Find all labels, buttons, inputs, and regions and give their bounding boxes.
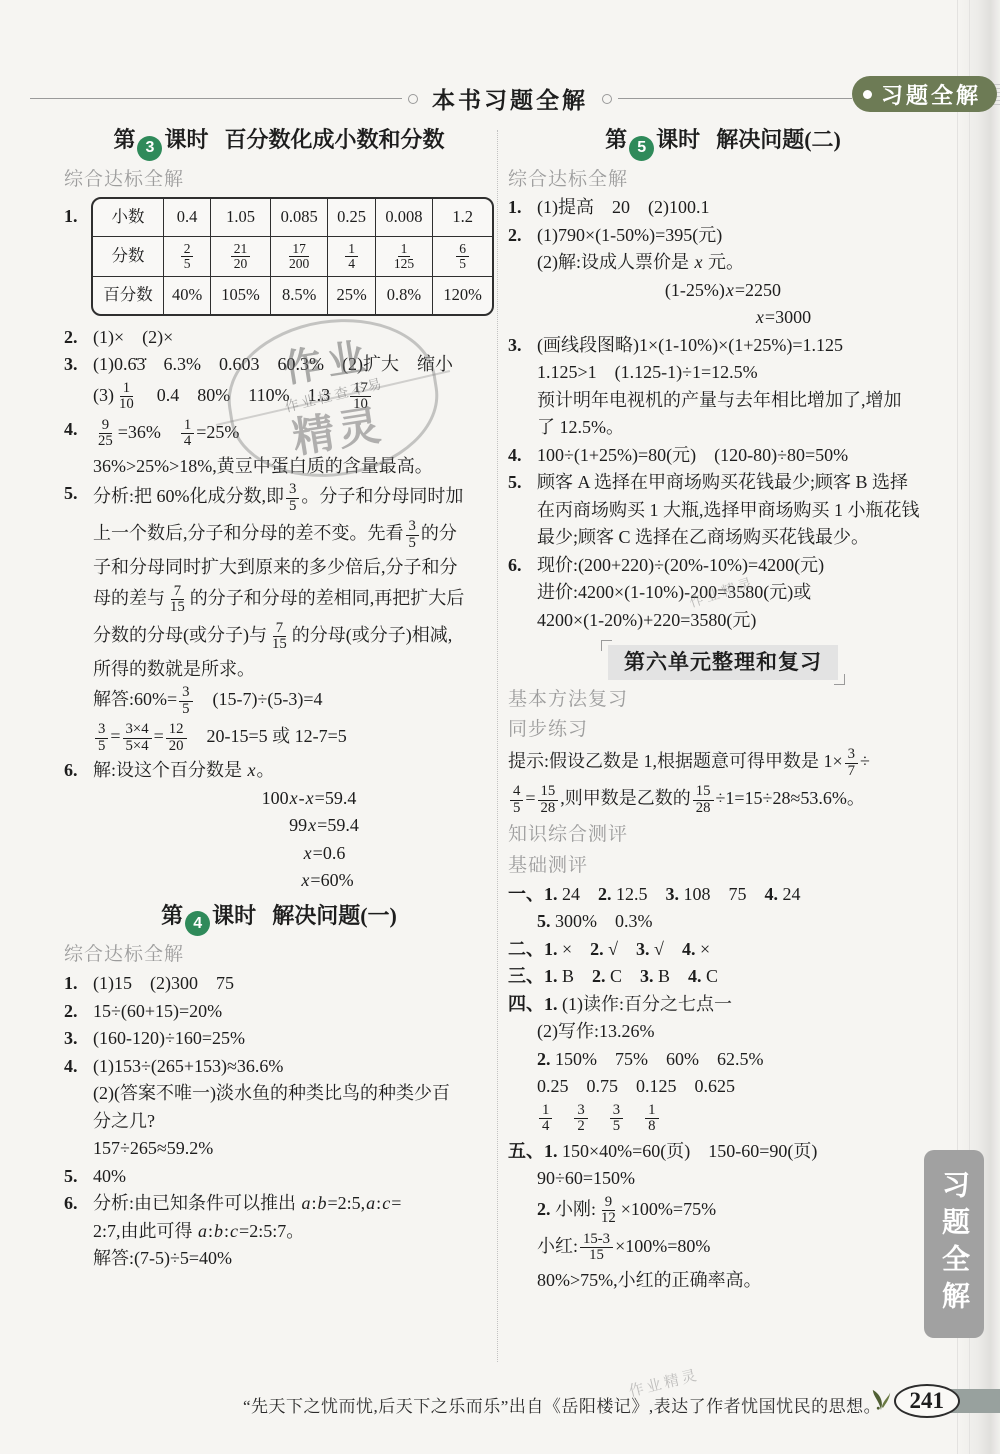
table-cell: 1125 bbox=[375, 236, 433, 276]
text-run: (2)写作:13.26% bbox=[537, 1021, 654, 1041]
solution-line: 3.(1)0.6̇3̇ 6.3% 0.603 60.3% (2)扩大 缩小 bbox=[64, 353, 494, 376]
text-run: ×100%=80% bbox=[615, 1236, 710, 1256]
solution-line: 2.(1)× (2)× bbox=[64, 326, 494, 349]
text-run: 99 bbox=[289, 815, 307, 835]
solution-line: 所得的数就是所求。 bbox=[64, 658, 494, 681]
solution-line: 一、1. 24 2. 12.5 3. 108 75 4. 24 bbox=[508, 883, 938, 906]
text-run: 的分母(或分子)相减, bbox=[292, 625, 453, 645]
solution-line: 6.分析:由已知条件可以推出 a:b=2:5,a:c= bbox=[64, 1192, 494, 1215]
solution-line: 0.25 0.75 0.125 0.625 bbox=[508, 1075, 938, 1098]
text-run: 分数的分母(或分子)与 bbox=[93, 625, 267, 645]
corner-badge: 习题全解 bbox=[852, 76, 997, 112]
fraction-denominator: 5 bbox=[610, 1119, 623, 1135]
text-run: (1)153÷(265+153)≈36.6% bbox=[93, 1056, 283, 1076]
header-line bbox=[30, 98, 402, 99]
text-run: (3) bbox=[93, 385, 114, 405]
text-run: (1)× (2)× bbox=[93, 327, 173, 347]
text-run: × bbox=[695, 939, 710, 959]
text-run: 4200×(1-20%)+220=3580(元) bbox=[537, 610, 756, 630]
table-cell: 0.25 bbox=[327, 199, 374, 236]
item-number: 1. bbox=[64, 205, 78, 228]
lesson-title-suffix: 课时 bbox=[656, 127, 700, 152]
fraction-numerator: 3 bbox=[179, 685, 192, 702]
text-run: (15-7)÷(5-3)=4 bbox=[195, 690, 323, 710]
fraction-denominator: 12 bbox=[598, 1211, 619, 1227]
fraction-denominator: 10 bbox=[116, 397, 137, 413]
text-run: √ bbox=[604, 939, 636, 959]
fraction: 1528 bbox=[538, 784, 559, 816]
subsection-label: 综合达标全解 bbox=[64, 168, 494, 192]
table-cell: 17200 bbox=[270, 236, 328, 276]
variable: a bbox=[301, 1193, 312, 1213]
row-header: 小数 bbox=[93, 199, 163, 236]
label-number: 4. bbox=[765, 884, 779, 904]
text-run: (1)790×(1-50%)=395(元) bbox=[537, 225, 722, 245]
table-cell: 14 bbox=[327, 236, 374, 276]
label-number: 3. bbox=[666, 884, 680, 904]
label-number: 5. bbox=[537, 911, 551, 931]
solution-line: 2. 小刚:912×100%=75% bbox=[508, 1195, 938, 1227]
solution-line: 3.(画线段图略)1×(1-10%)×(1+25%)=1.125 bbox=[508, 334, 938, 357]
label-number: 三、 bbox=[508, 966, 544, 986]
row-header: 分数 bbox=[93, 236, 163, 276]
fraction-numerator: 21 bbox=[231, 242, 251, 257]
text-run: 80%>75%,小红的正确率高。 bbox=[537, 1270, 762, 1290]
item-number: 3. bbox=[508, 334, 522, 357]
fraction-numerator: 4 bbox=[510, 784, 523, 801]
table-cell: 0.8% bbox=[375, 276, 433, 314]
fraction: 1125 bbox=[391, 242, 417, 271]
fraction-denominator: 28 bbox=[693, 801, 714, 817]
leaf-icon bbox=[870, 1386, 892, 1417]
solution-line: 5.40% bbox=[64, 1165, 494, 1188]
text-run: 解答:60%= bbox=[93, 690, 177, 710]
solution-line: (2)写作:13.26% bbox=[508, 1020, 938, 1043]
text-run: B bbox=[558, 966, 593, 986]
table-row: 分数2521201720014112565 bbox=[93, 236, 492, 276]
text-run: 150% 75% 60% 62.5% bbox=[551, 1049, 764, 1069]
item-number: 4. bbox=[64, 1055, 78, 1078]
solution-line: 提示:假设乙数是 1,根据题意可得甲数是 1×37÷ bbox=[508, 747, 938, 779]
fraction-denominator: 5×4 bbox=[123, 739, 152, 755]
text-run: =2250 bbox=[735, 280, 781, 300]
fraction-numerator: 15-3 bbox=[580, 1232, 613, 1249]
label-number: 2. bbox=[592, 966, 606, 986]
fraction: 925 bbox=[95, 418, 116, 450]
fraction: 35 bbox=[179, 685, 192, 717]
fraction-numerator: 3 bbox=[574, 1103, 587, 1120]
fraction-numerator: 17 bbox=[350, 381, 371, 398]
fraction-denominator: 10 bbox=[350, 397, 371, 413]
column-divider bbox=[497, 130, 498, 1362]
lesson-number-icon: 5 bbox=[629, 136, 654, 161]
fraction-numerator: 17 bbox=[289, 242, 309, 257]
solution-line: 4200×(1-20%)+220=3580(元) bbox=[508, 609, 938, 632]
subsection-label: 综合达标全解 bbox=[64, 943, 494, 967]
equation-line: 100x-x=59.4 bbox=[94, 787, 524, 810]
text-run: =0.6 bbox=[313, 843, 346, 863]
variable: x bbox=[300, 870, 310, 890]
text-run: = bbox=[391, 1193, 401, 1213]
table-cell: 0.008 bbox=[375, 199, 433, 236]
solution-line: 分之几? bbox=[64, 1110, 494, 1133]
text-run: =25% bbox=[196, 422, 239, 442]
text-run: 所得的数就是所求。 bbox=[93, 659, 255, 679]
text-run bbox=[625, 1107, 643, 1127]
text-run: 2:7,由此可得 bbox=[93, 1221, 197, 1241]
text-run: 子和分母同时扩大到原来的多少倍后,分子和分 bbox=[93, 557, 458, 577]
fraction: 912 bbox=[598, 1195, 619, 1227]
fraction: 14 bbox=[539, 1103, 552, 1135]
label-number: 二、 bbox=[508, 939, 544, 959]
variable: x bbox=[725, 280, 735, 300]
solution-line: 子和分母同时扩大到原来的多少倍后,分子和分 bbox=[64, 556, 494, 579]
solution-line: 2. 150% 75% 60% 62.5% bbox=[508, 1048, 938, 1071]
fraction-numerator: 9 bbox=[602, 1195, 615, 1212]
fraction-denominator: 2 bbox=[574, 1119, 587, 1135]
solution-line: 90÷60=150% bbox=[508, 1167, 938, 1190]
solution-line: 3.(160-120)÷160=25% bbox=[64, 1027, 494, 1050]
text-run: 40% bbox=[93, 1166, 126, 1186]
subsection-label: 基本方法复习 bbox=[508, 688, 938, 712]
solution-line: 在丙商场购买 1 大瓶,选择甲商场购买 1 小瓶花钱 bbox=[508, 499, 938, 522]
fraction-denominator: 5 bbox=[179, 702, 192, 718]
text-run: 24 bbox=[778, 884, 801, 904]
label-number: 1. bbox=[544, 994, 558, 1014]
right-column: 第5课时解决问题(二)综合达标全解1.(1)提高 20 (2)100.12.(1… bbox=[508, 116, 938, 1296]
fraction: 25 bbox=[181, 242, 194, 271]
text-run: = bbox=[525, 788, 535, 808]
item-number: 2. bbox=[508, 224, 522, 247]
unit-banner: 第六单元整理和复习 bbox=[508, 645, 938, 679]
variable: x bbox=[303, 843, 313, 863]
text-run: 157÷265≈59.2% bbox=[93, 1138, 213, 1158]
variable: c bbox=[229, 1221, 239, 1241]
text-run: 最少;顾客 C 选择在乙商场购买花钱最少。 bbox=[537, 527, 869, 547]
text-run: B bbox=[654, 966, 689, 986]
text-run: =2:5, bbox=[328, 1193, 366, 1213]
text-run: (画线段图略)1×(1-10%)×(1+25%)=1.125 bbox=[537, 335, 843, 355]
table-cell: 120% bbox=[432, 276, 492, 314]
lesson-number-icon: 3 bbox=[137, 136, 162, 161]
fraction-numerator: 3 bbox=[406, 519, 419, 536]
solution-line: 5.分析:把 60%化成分数,即35。分子和分母同时加 bbox=[64, 482, 494, 514]
text-run: × bbox=[558, 939, 591, 959]
answer-table-block: 1.小数0.41.050.0850.250.0081.2分数2521201720… bbox=[64, 197, 494, 316]
item-number: 1. bbox=[508, 196, 522, 219]
solution-line: 157÷265≈59.2% bbox=[64, 1137, 494, 1160]
text-run: : bbox=[312, 1193, 317, 1213]
fraction-numerator: 15 bbox=[538, 784, 559, 801]
variable: x bbox=[305, 788, 315, 808]
fraction-numerator: 1 bbox=[181, 418, 194, 435]
item-number: 6. bbox=[508, 554, 522, 577]
fraction: 35 bbox=[406, 519, 419, 551]
text-run: 。分子和分母同时加 bbox=[301, 487, 463, 507]
text-run: 了 12.5%。 bbox=[537, 417, 624, 437]
lesson-title: 第5课时解决问题(二) bbox=[508, 126, 938, 161]
item-number: 4. bbox=[508, 444, 522, 467]
variable: x bbox=[755, 307, 765, 327]
fraction-denominator: 15 bbox=[586, 1248, 607, 1264]
fraction: 14 bbox=[345, 242, 358, 271]
text-run: 150×40%=60(页) 150-60=90(页) bbox=[558, 1141, 818, 1161]
text-run: 的分 bbox=[421, 524, 457, 544]
text-run: (1-25%) bbox=[665, 280, 725, 300]
footer-quote: “先天下之忧而忧,后天下之乐而乐”出自《岳阳楼记》,表达了作者忧国忧民的思想。 bbox=[243, 1392, 881, 1417]
fraction-denominator: 5 bbox=[510, 801, 523, 817]
text-run: 小红: bbox=[537, 1236, 578, 1256]
solution-line: 36%>25%>18%,黄豆中蛋白质的含量最高。 bbox=[64, 455, 494, 478]
fraction-numerator: 3 bbox=[845, 747, 858, 764]
equation-line: x=0.6 bbox=[109, 842, 539, 865]
text-run: 的分子和分母的差相同,再把扩大后 bbox=[190, 588, 465, 608]
text-run: 12.5 bbox=[612, 884, 666, 904]
text-run: 0.4 80% 110% 1.3 bbox=[139, 385, 348, 405]
text-run: ,则甲数是乙数的 bbox=[560, 788, 691, 808]
fraction: 18 bbox=[645, 1103, 658, 1135]
subsection-label: 基础测评 bbox=[508, 854, 938, 878]
solution-line: 最少;顾客 C 选择在乙商场购买花钱最少。 bbox=[508, 526, 938, 549]
variable: x bbox=[307, 815, 317, 835]
solution-line: 80%>75%,小红的正确率高。 bbox=[508, 1269, 938, 1292]
corner-badge-label: 习题全解 bbox=[881, 79, 981, 110]
fraction: 32 bbox=[574, 1103, 587, 1135]
equation-line: 99x=59.4 bbox=[109, 814, 539, 837]
label-number: 一、 bbox=[508, 884, 544, 904]
label-number: 4. bbox=[688, 966, 702, 986]
subsection-label: 综合达标全解 bbox=[508, 168, 938, 192]
solution-line: 2.15÷(60+15)=20% bbox=[64, 1000, 494, 1023]
solution-line: 4.925=36% 14=25% bbox=[64, 418, 494, 450]
fraction-numerator: 9 bbox=[99, 418, 112, 435]
table-cell: 1.2 bbox=[432, 199, 492, 236]
table-row: 小数0.41.050.0850.250.0081.2 bbox=[93, 199, 492, 236]
text-run: (160-120)÷160=25% bbox=[93, 1028, 245, 1048]
text-run: ÷ bbox=[860, 751, 870, 771]
text-run: 进价:4200×(1-10%)-200=3580(元)或 bbox=[537, 582, 811, 602]
lesson-title-prefix: 第 bbox=[113, 127, 135, 152]
table-cell: 105% bbox=[210, 276, 270, 314]
text-run: (1)0.6̇3̇ 6.3% 0.603 60.3% (2)扩大 缩小 bbox=[93, 354, 453, 374]
fraction: 1220 bbox=[166, 722, 187, 754]
solution-line: 1.(1)提高 20 (2)100.1 bbox=[508, 196, 938, 219]
fraction-denominator: 8 bbox=[645, 1119, 658, 1135]
text-run: 。 bbox=[257, 760, 275, 780]
text-run: 现价:(200+220)÷(20%-10%)=4200(元) bbox=[537, 555, 824, 575]
solution-line: 35=3×45×4=1220 20-15=5 或 12-7=5 bbox=[64, 722, 494, 754]
variable: b bbox=[317, 1193, 328, 1213]
lesson-title-main: 解决问题(一) bbox=[272, 903, 397, 928]
page-number-badge: 241 bbox=[894, 1384, 961, 1418]
side-tab-label: 习题全解 bbox=[934, 1170, 974, 1318]
text-run: 顾客 A 选择在甲商场购买花钱最少;顾客 B 选择 bbox=[537, 472, 908, 492]
lesson-title-suffix: 课时 bbox=[164, 127, 208, 152]
text-run: C bbox=[606, 966, 641, 986]
ring-icon bbox=[602, 94, 612, 104]
item-number: 2. bbox=[64, 326, 78, 349]
text-run: =59.4 bbox=[315, 788, 357, 808]
label-number: 1. bbox=[544, 1141, 558, 1161]
fraction-denominator: 15 bbox=[269, 637, 290, 653]
fraction-denominator: 20 bbox=[166, 739, 187, 755]
equation-line: x=3000 bbox=[568, 306, 998, 329]
text-run: (2)(答案不唯一)淡水鱼的种类比鸟的种类少百 bbox=[93, 1083, 450, 1103]
lesson-title-prefix: 第 bbox=[161, 903, 183, 928]
solution-line: 三、1. B 2. C 3. B 4. C bbox=[508, 965, 938, 988]
text-run: (1)提高 20 (2)100.1 bbox=[537, 197, 709, 217]
solution-line: 进价:4200×(1-10%)-200=3580(元)或 bbox=[508, 581, 938, 604]
solution-line: 5.顾客 A 选择在甲商场购买花钱最少;顾客 B 选择 bbox=[508, 471, 938, 494]
fraction: 715 bbox=[167, 584, 188, 616]
table-cell: 2120 bbox=[210, 236, 270, 276]
text-run: 0.25 0.75 0.125 0.625 bbox=[537, 1076, 735, 1096]
text-run: 1.125>1 (1.125-1)÷1=12.5% bbox=[537, 362, 758, 382]
label-number: 五、 bbox=[508, 1141, 544, 1161]
label-number: 1. bbox=[544, 939, 558, 959]
item-number: 6. bbox=[64, 1192, 78, 1215]
solution-line: 了 12.5%。 bbox=[508, 416, 938, 439]
solution-line: (3)110 0.4 80% 110% 1.3 1710 bbox=[64, 381, 494, 413]
table-cell: 0.085 bbox=[270, 199, 328, 236]
item-number: 2. bbox=[64, 1000, 78, 1023]
text-run: 36%>25%>18%,黄豆中蛋白质的含量最高。 bbox=[93, 456, 433, 476]
fraction-numerator: 3 bbox=[610, 1103, 623, 1120]
text-run: 分析:由已知条件可以推出 bbox=[93, 1193, 301, 1213]
text-run: (1)读作:百分之七点一 bbox=[558, 994, 733, 1014]
fraction-numerator: 1 bbox=[398, 242, 411, 257]
bullet-dot-icon bbox=[863, 90, 872, 99]
table-cell: 25% bbox=[327, 276, 374, 314]
lesson-title-main: 百分数化成小数和分数 bbox=[225, 127, 445, 152]
fraction-numerator: 6 bbox=[456, 242, 469, 257]
lesson-title: 第3课时百分数化成小数和分数 bbox=[64, 126, 494, 161]
text-run: 20-15=5 或 12-7=5 bbox=[189, 727, 347, 747]
solution-line: 四、1. (1)读作:百分之七点一 bbox=[508, 993, 938, 1016]
fraction-numerator: 15 bbox=[693, 784, 714, 801]
fraction: 2120 bbox=[231, 242, 251, 271]
fraction: 1710 bbox=[350, 381, 371, 413]
variable: x bbox=[289, 788, 299, 808]
lesson-number-icon: 4 bbox=[185, 911, 210, 936]
lesson-title-main: 解决问题(二) bbox=[716, 127, 841, 152]
label-number: 四、 bbox=[508, 994, 544, 1014]
text-run: 解:设这个百分数是 bbox=[93, 760, 247, 780]
label-number: 2. bbox=[537, 1049, 551, 1069]
table-cell: 0.4 bbox=[163, 199, 210, 236]
fraction-denominator: 20 bbox=[231, 257, 251, 271]
fraction-denominator: 4 bbox=[345, 257, 358, 271]
solution-line: 预计明年电视机的产量与去年相比增加了,增加 bbox=[508, 389, 938, 412]
fraction: 14 bbox=[181, 418, 194, 450]
text-run: 分析:把 60%化成分数,即 bbox=[93, 487, 284, 507]
text-run: 100÷(1+25%)=80(元) (120-80)÷80=50% bbox=[537, 445, 848, 465]
fraction-denominator: 5 bbox=[406, 536, 419, 552]
left-column: 第3课时百分数化成小数和分数综合达标全解1.小数0.41.050.0850.25… bbox=[64, 116, 494, 1275]
text-run: 小刚: bbox=[551, 1199, 597, 1219]
fraction-numerator: 7 bbox=[171, 584, 184, 601]
item-number: 1. bbox=[64, 972, 78, 995]
solution-line: 1.(1)15 (2)300 75 bbox=[64, 972, 494, 995]
fraction-denominator: 5 bbox=[456, 257, 469, 271]
item-number: 3. bbox=[64, 1027, 78, 1050]
label-number: 1. bbox=[544, 884, 558, 904]
solution-line: 分数的分母(或分子)与715的分母(或分子)相减, bbox=[64, 621, 494, 653]
fraction: 17200 bbox=[286, 242, 312, 271]
text-run: √ bbox=[650, 939, 682, 959]
fraction-numerator: 1 bbox=[120, 381, 133, 398]
header-line bbox=[618, 98, 852, 99]
header-rule: 本书习题全解 bbox=[30, 82, 852, 115]
lesson-title-suffix: 课时 bbox=[212, 903, 256, 928]
solution-line: 1.125>1 (1.125-1)÷1=12.5% bbox=[508, 361, 938, 384]
text-run: (1)15 (2)300 75 bbox=[93, 973, 234, 993]
table-cell: 40% bbox=[163, 276, 210, 314]
answer-table-frame: 小数0.41.050.0850.250.0081.2分数252120172001… bbox=[91, 197, 494, 316]
item-number: 5. bbox=[64, 1165, 78, 1188]
answer-table: 小数0.41.050.0850.250.0081.2分数252120172001… bbox=[93, 199, 492, 314]
variable: b bbox=[213, 1221, 224, 1241]
text-run: =3000 bbox=[765, 307, 811, 327]
table-cell: 25 bbox=[163, 236, 210, 276]
text-run bbox=[554, 1107, 572, 1127]
text-run: - bbox=[299, 788, 305, 808]
fraction: 15-315 bbox=[580, 1232, 613, 1264]
text-run: 提示:假设乙数是 1,根据题意可得甲数是 1× bbox=[508, 751, 843, 771]
text-run: 上一个数后,分子和分母的差不变。先看 bbox=[93, 524, 404, 544]
text-run: ÷1=15÷28≈53.6%。 bbox=[716, 788, 865, 808]
solution-line: 2:7,由此可得 a:b:c=2:5:7。 bbox=[64, 1220, 494, 1243]
fraction: 3×45×4 bbox=[123, 722, 152, 754]
fraction-numerator: 3 bbox=[286, 482, 299, 499]
solution-line: 4.100÷(1+25%)=80(元) (120-80)÷80=50% bbox=[508, 444, 938, 467]
fraction-numerator: 1 bbox=[539, 1103, 552, 1120]
text-run: = bbox=[154, 727, 164, 747]
page-title: 本书习题全解 bbox=[432, 82, 588, 115]
equation-line: x=60% bbox=[112, 869, 542, 892]
label-number: 4. bbox=[682, 939, 696, 959]
text-run: =36% bbox=[118, 422, 179, 442]
fraction: 45 bbox=[510, 784, 523, 816]
fraction-denominator: 5 bbox=[181, 257, 194, 271]
label-number: 1. bbox=[544, 966, 558, 986]
solution-line: 母的差与715的分子和分母的差相同,再把扩大后 bbox=[64, 584, 494, 616]
fraction-denominator: 125 bbox=[391, 257, 417, 271]
fraction: 1528 bbox=[693, 784, 714, 816]
solution-line: (2)(答案不唯一)淡水鱼的种类比鸟的种类少百 bbox=[64, 1082, 494, 1105]
fraction: 110 bbox=[116, 381, 137, 413]
item-number: 5. bbox=[508, 471, 522, 494]
text-run: 90÷60=150% bbox=[537, 1168, 635, 1188]
label-number: 2. bbox=[590, 939, 604, 959]
label-number: 3. bbox=[636, 939, 650, 959]
label-number: 2. bbox=[598, 884, 612, 904]
solution-line: 解答:60%=35 (15-7)÷(5-3)=4 bbox=[64, 685, 494, 717]
fraction-numerator: 1 bbox=[645, 1103, 658, 1120]
fraction: 65 bbox=[456, 242, 469, 271]
fraction-numerator: 1 bbox=[345, 242, 358, 257]
side-tab: 习题全解 bbox=[924, 1150, 984, 1338]
unit-banner-text: 第六单元整理和复习 bbox=[608, 645, 838, 679]
variable: a bbox=[197, 1221, 208, 1241]
text-run: =59.4 bbox=[317, 815, 359, 835]
lesson-title-prefix: 第 bbox=[605, 127, 627, 152]
table-cell: 8.5% bbox=[270, 276, 328, 314]
text-run: 预计明年电视机的产量与去年相比增加了,增加 bbox=[537, 390, 902, 410]
text-run: 108 75 bbox=[679, 884, 765, 904]
book-page: { "page": { "header": { "rule_title": "本… bbox=[0, 0, 1000, 1454]
subsection-label: 知识综合测评 bbox=[508, 823, 938, 847]
